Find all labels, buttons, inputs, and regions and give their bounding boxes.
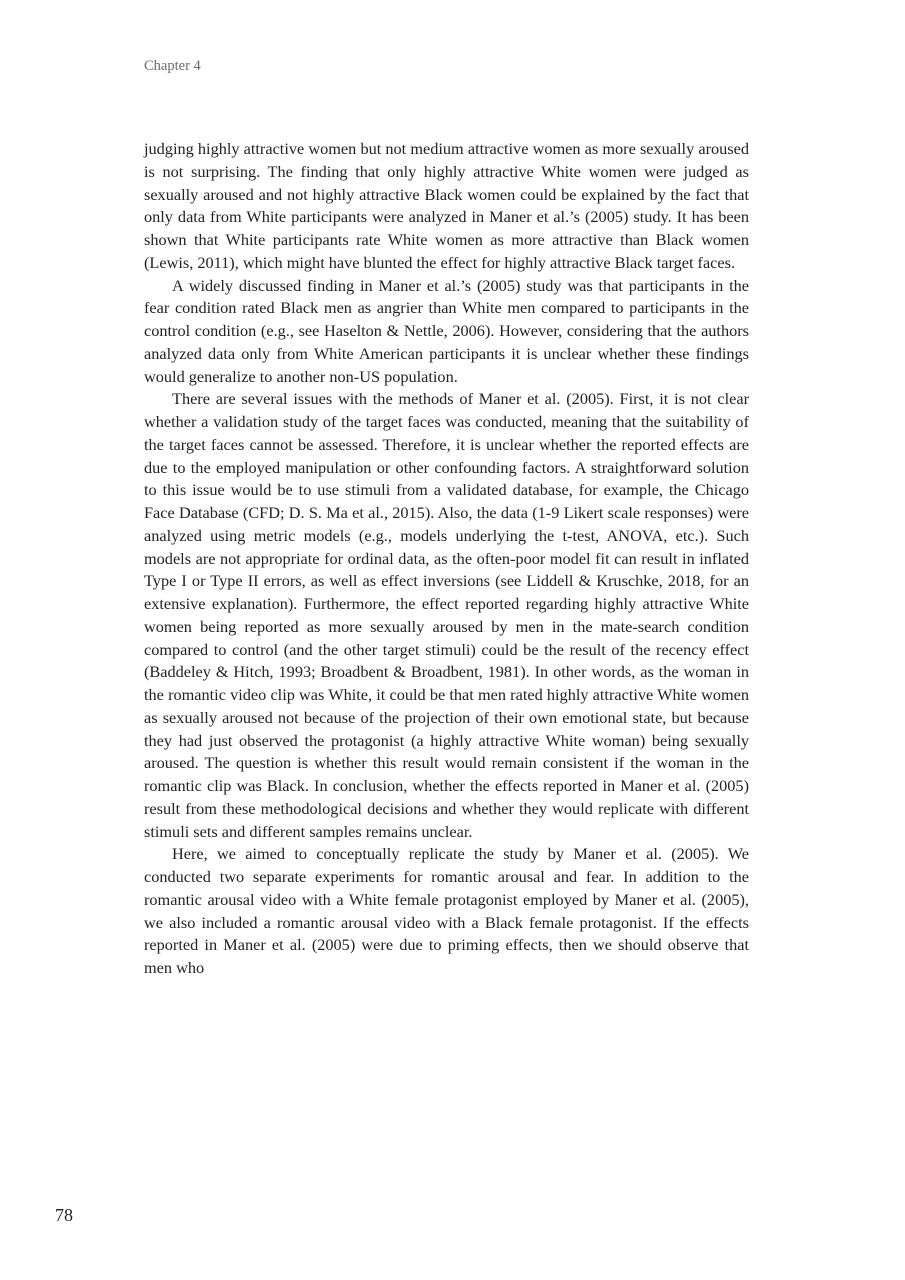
running-head: Chapter 4	[144, 58, 201, 75]
paragraph-1: judging highly attractive women but not …	[144, 138, 749, 275]
page-number: 78	[55, 1205, 73, 1226]
paragraph-4: Here, we aimed to conceptually replicate…	[144, 843, 749, 980]
body-text: judging highly attractive women but not …	[144, 138, 749, 980]
paragraph-3: There are several issues with the method…	[144, 388, 749, 843]
paragraph-2: A widely discussed finding in Maner et a…	[144, 275, 749, 389]
